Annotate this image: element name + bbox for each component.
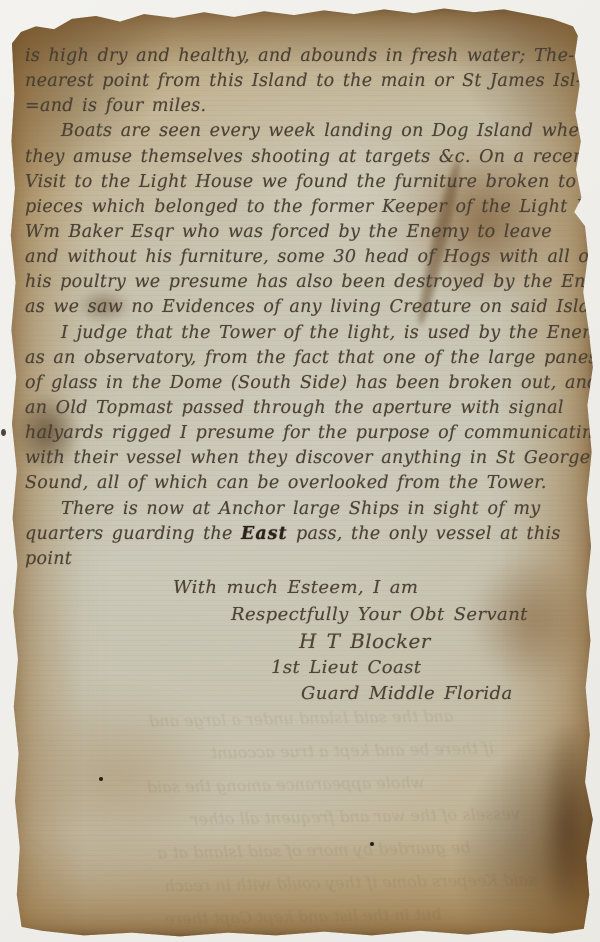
letter-line: Boats are seen every week landing on Dog… bbox=[25, 119, 577, 144]
letter-line: an Old Topmast passed through the apertu… bbox=[25, 396, 577, 421]
letter-line: =and is four miles. bbox=[25, 94, 577, 119]
closing-line: With much Esteem, I am bbox=[173, 575, 577, 602]
letter-line: I judge that the Tower of the light, is … bbox=[25, 321, 577, 346]
letter-line: and without his furniture, some 30 head … bbox=[25, 245, 577, 270]
letter-line: of glass in the Dome (South Side) has be… bbox=[25, 371, 577, 396]
letter-line: is high dry and healthy, and abounds in … bbox=[25, 44, 577, 69]
letter-line: There is now at Anchor large Ships in si… bbox=[25, 497, 577, 522]
signature: H T Blocker bbox=[299, 628, 577, 655]
letter-line: with their vessel when they discover any… bbox=[25, 446, 577, 471]
line-fragment: quarters guarding the bbox=[25, 524, 241, 544]
line-fragment: pass, the only vessel at this bbox=[288, 524, 561, 544]
document-scan-background: and the said Island under a large and if… bbox=[0, 0, 600, 942]
paper-speck bbox=[99, 777, 103, 781]
paper-speck bbox=[370, 842, 374, 846]
signature-unit: Guard Middle Florida bbox=[301, 681, 577, 708]
signature-rank: 1st Lieut Coast bbox=[271, 655, 577, 682]
letter-line: Wm Baker Esqr who was forced by the Enem… bbox=[25, 220, 577, 245]
letter-line: nearest point from this Island to the ma… bbox=[25, 69, 577, 94]
letter-line: as we saw no Evidences of any living Cre… bbox=[25, 295, 577, 320]
letter-line-with-correction: quarters guarding the East pass, the onl… bbox=[25, 522, 577, 547]
letter-page: and the said Island under a large and if… bbox=[0, 0, 600, 942]
bleedthrough-line: if there be and kept a true account bbox=[34, 732, 495, 773]
closing-line: Respectfully Your Obt Servant bbox=[231, 602, 577, 629]
letter-line: Visit to the Light House we found the fu… bbox=[25, 170, 577, 195]
bleedthrough-line: but in the list and kept Capt there bbox=[36, 898, 442, 938]
letter-line: his poultry we presume has also been des… bbox=[25, 270, 577, 295]
letter-line: as an observatory, from the fact that on… bbox=[25, 346, 577, 371]
bleedthrough-text: and the said Island under a large and if… bbox=[33, 697, 567, 937]
letter-line: pieces which belonged to the former Keep… bbox=[25, 195, 577, 220]
overwritten-word: East bbox=[241, 524, 288, 544]
letter-line: they amuse themselves shooting at target… bbox=[25, 145, 577, 170]
letter-line: halyards rigged I presume for the purpos… bbox=[25, 421, 577, 446]
letter-line: Sound, all of which can be overlooked fr… bbox=[25, 471, 577, 496]
letter-line: point bbox=[25, 547, 577, 572]
scanner-bed-speck bbox=[1, 429, 6, 436]
letter-body: is high dry and healthy, and abounds in … bbox=[25, 44, 577, 572]
letter-closing: With much Esteem, I am Respectfully Your… bbox=[25, 575, 577, 708]
